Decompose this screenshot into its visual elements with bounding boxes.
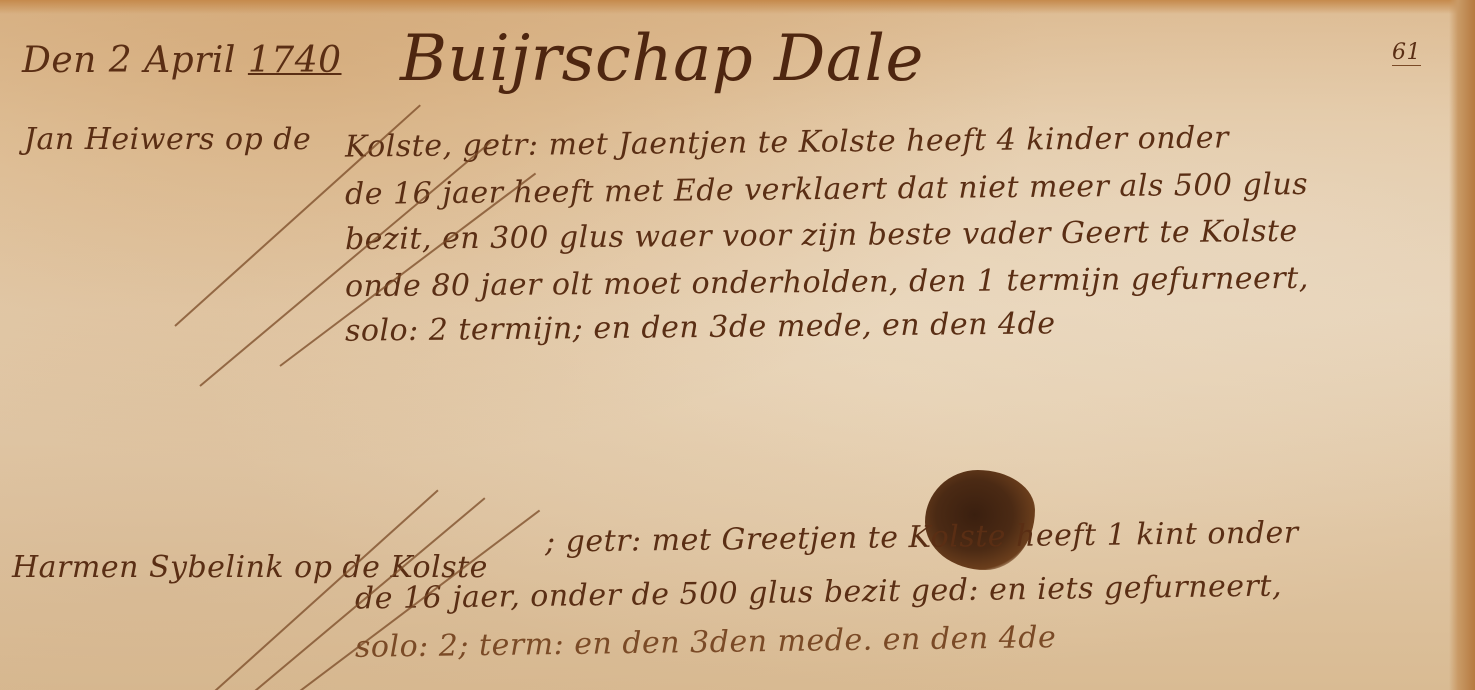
folio-number: 61 (1392, 40, 1421, 66)
entry-2-line-2: de 16 jaer, onder de 500 glus bezit ged:… (355, 569, 1282, 617)
entry-2-line-3: solo: 2; term: en den 3den mede. en den … (355, 620, 1057, 665)
entry-2-line-1: ; getr: met Greetjen te Kolste heeft 1 k… (545, 515, 1299, 559)
header-year: 1740 (248, 40, 342, 81)
wooden-background-edge (1449, 0, 1475, 690)
entry-1-margin-name: Jan Heiwers op de (24, 122, 311, 157)
entry-1-line-1: Kolste, getr: met Jaentjen te Kolste hee… (345, 120, 1229, 164)
header-date-prefix: Den 2 April (22, 40, 236, 81)
manuscript-page: Den 2 April 1740 Buijrschap Dale 61 Jan … (0, 0, 1475, 690)
entry-1-line-3: bezit, en 300 glus waer voor zijn beste … (345, 214, 1298, 257)
header-date: Den 2 April 1740 (22, 40, 342, 81)
entry-1-line-4: onde 80 jaer olt moet onderholden, den 1… (345, 261, 1309, 304)
header-title: Buijrschap Dale (400, 22, 924, 96)
paper-top-edge (0, 0, 1475, 14)
entry-1-line-5: solo: 2 termijn; en den 3de mede, en den… (345, 306, 1056, 348)
